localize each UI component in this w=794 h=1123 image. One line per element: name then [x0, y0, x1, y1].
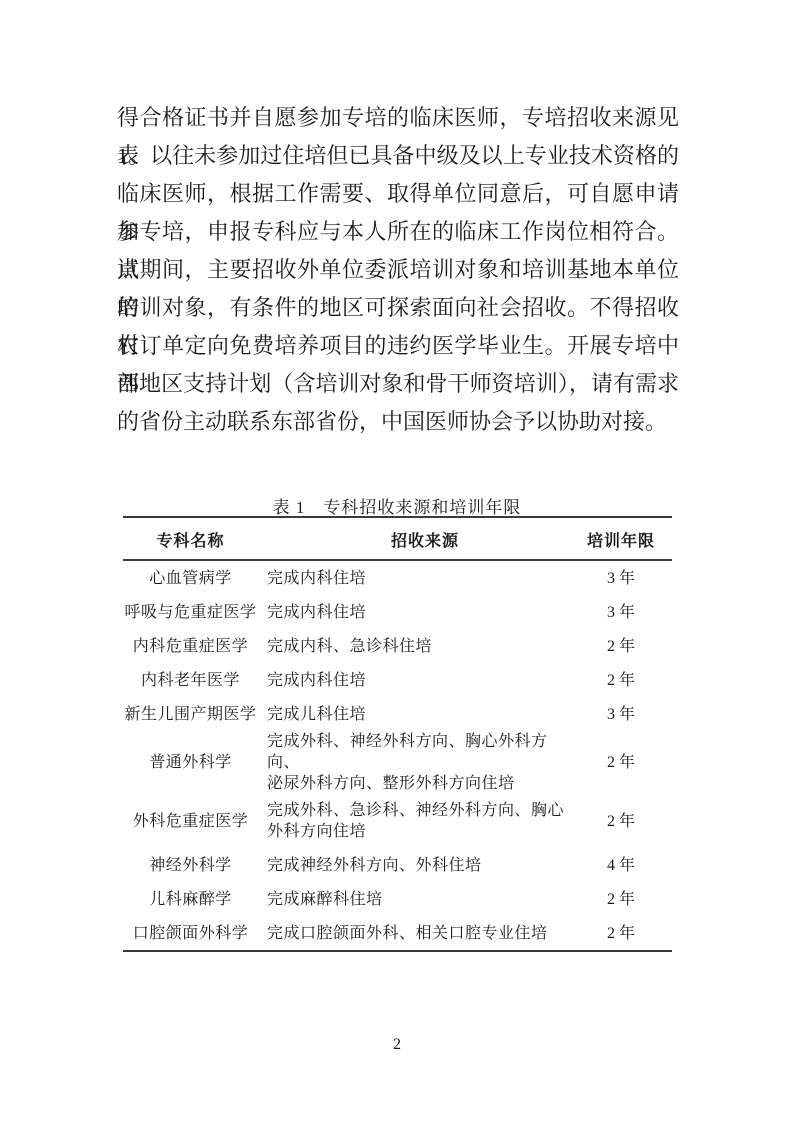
- specialty-cell: 呼吸与危重症医学: [123, 595, 258, 629]
- source-cell: 完成儿科住培: [258, 697, 570, 731]
- specialty-cell: 儿科麻醉学: [123, 882, 258, 916]
- specialty-cell: 普通外科学: [123, 731, 258, 794]
- table-row: 内科危重症医学 完成内科、急诊科住培 2 年: [123, 629, 672, 663]
- paragraph-line: 加专培，申报专科应与本人所在的临床工作岗位相符合。试: [117, 213, 679, 251]
- table-row: 神经外科学 完成神经外科方向、外科住培 4 年: [123, 848, 672, 882]
- duration-cell: 2 年: [570, 731, 672, 794]
- paragraph-line: 的省份主动联系东部省份，中国医师协会予以协助对接。: [117, 403, 679, 441]
- duration-cell: 4 年: [570, 848, 672, 882]
- duration-cell: 2 年: [570, 882, 672, 916]
- paragraph-line: 点期间，主要招收外单位委派培训对象和培训基地本单位的: [117, 251, 679, 289]
- duration-cell: 2 年: [570, 794, 672, 848]
- page-number: 2: [0, 1036, 794, 1054]
- table-row: 外科危重症医学 完成外科、急诊科、神经外科方向、胸心 外科方向住培 2 年: [123, 794, 672, 848]
- column-header-duration: 培训年限: [570, 517, 672, 560]
- table-caption: 表 1 专科招收来源和培训年限: [0, 493, 794, 518]
- column-header-specialty: 专科名称: [123, 517, 258, 560]
- table-row: 普通外科学 完成外科、神经外科方向、胸心外科方向、 泌尿外科方向、整形外科方向住…: [123, 731, 672, 794]
- duration-cell: 2 年: [570, 629, 672, 663]
- paragraph-line: 部地区支持计划（含培训对象和骨干师资培训），请有需求: [117, 365, 679, 403]
- paragraph-line: 临床医师，根据工作需要、取得单位同意后，可自愿申请参: [117, 175, 679, 213]
- duration-cell: 3 年: [570, 560, 672, 595]
- table-header-row: 专科名称 招收来源 培训年限: [123, 517, 672, 560]
- source-cell: 完成外科、急诊科、神经外科方向、胸心 外科方向住培: [258, 794, 570, 848]
- specialty-cell: 外科危重症医学: [123, 794, 258, 848]
- paragraph-line: 1。以往未参加过住培但已具备中级及以上专业技术资格的: [117, 137, 679, 175]
- table-row: 内科老年医学 完成内科住培 2 年: [123, 663, 672, 697]
- source-cell: 完成内科住培: [258, 663, 570, 697]
- source-cell: 完成口腔颌面外科、相关口腔专业住培: [258, 916, 570, 951]
- duration-cell: 2 年: [570, 663, 672, 697]
- duration-cell: 3 年: [570, 595, 672, 629]
- column-header-source: 招收来源: [258, 517, 570, 560]
- duration-cell: 2 年: [570, 916, 672, 951]
- paragraph-line: 得合格证书并自愿参加专培的临床医师，专培招收来源见表: [117, 99, 679, 137]
- table-row: 呼吸与危重症医学 完成内科住培 3 年: [123, 595, 672, 629]
- table-row: 心血管病学 完成内科住培 3 年: [123, 560, 672, 595]
- source-cell: 完成内科、急诊科住培: [258, 629, 570, 663]
- specialty-cell: 内科老年医学: [123, 663, 258, 697]
- specialty-cell: 神经外科学: [123, 848, 258, 882]
- table-row: 儿科麻醉学 完成麻醉科住培 2 年: [123, 882, 672, 916]
- paragraph-line: 村订单定向免费培养项目的违约医学毕业生。开展专培中西: [117, 327, 679, 365]
- specialty-recruitment-table: 专科名称 招收来源 培训年限 心血管病学 完成内科住培 3 年 呼吸与危重症医学…: [123, 516, 672, 952]
- specialty-cell: 口腔颌面外科学: [123, 916, 258, 951]
- source-cell: 完成内科住培: [258, 560, 570, 595]
- source-cell: 完成内科住培: [258, 595, 570, 629]
- table-row: 口腔颌面外科学 完成口腔颌面外科、相关口腔专业住培 2 年: [123, 916, 672, 951]
- duration-cell: 3 年: [570, 697, 672, 731]
- specialty-cell: 心血管病学: [123, 560, 258, 595]
- source-cell: 完成神经外科方向、外科住培: [258, 848, 570, 882]
- specialty-cell: 新生儿围产期医学: [123, 697, 258, 731]
- body-paragraph: 得合格证书并自愿参加专培的临床医师，专培招收来源见表 1。以往未参加过住培但已具…: [117, 99, 679, 441]
- document-page: 得合格证书并自愿参加专培的临床医师，专培招收来源见表 1。以往未参加过住培但已具…: [0, 0, 794, 1123]
- source-cell: 完成麻醉科住培: [258, 882, 570, 916]
- table-row: 新生儿围产期医学 完成儿科住培 3 年: [123, 697, 672, 731]
- specialty-cell: 内科危重症医学: [123, 629, 258, 663]
- paragraph-line: 培训对象，有条件的地区可探索面向社会招收。不得招收农: [117, 289, 679, 327]
- source-cell: 完成外科、神经外科方向、胸心外科方向、 泌尿外科方向、整形外科方向住培: [258, 731, 570, 794]
